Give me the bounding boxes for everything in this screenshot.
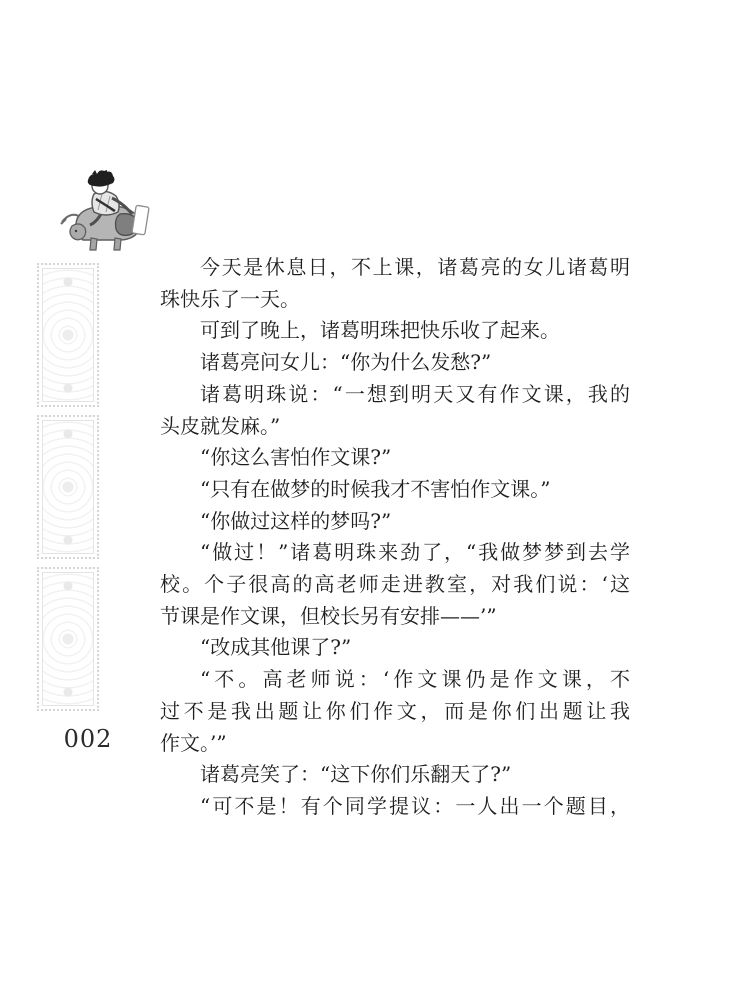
text-line: 诸葛明珠说：“一想到明天又有作文课，我的 [160, 379, 630, 411]
text-line: 珠快乐了一天。 [160, 284, 630, 316]
page-number: 002 [48, 725, 128, 753]
text-line: 诸葛亮笑了：“这下你们乐翻天了?” [160, 759, 630, 791]
text-line: 头皮就发麻。” [160, 411, 630, 443]
text-line: “不。高老师说：‘作文课仍是作文课，不 [160, 664, 630, 696]
book-page: 002 今天是休息日，不上课，诸葛亮的女儿诸葛明珠快乐了一天。可到了晚上，诸葛明… [0, 0, 750, 1000]
text-line: 校。个子很高的高老师走进教室，对我们说：‘这 [160, 569, 630, 601]
text-line: 诸葛亮问女儿：“你为什么发愁?” [160, 347, 630, 379]
ox-rider-illustration [58, 170, 154, 254]
ornamental-panel [37, 567, 99, 711]
text-line: “改成其他课了?” [160, 632, 630, 664]
text-line: 过不是我出题让你们作文，而是你们出题让我 [160, 696, 630, 728]
ornamental-panel [37, 415, 99, 559]
ornament-column [37, 263, 99, 711]
text-line: 可到了晚上，诸葛明珠把快乐收了起来。 [160, 315, 630, 347]
text-line: 作文。’” [160, 728, 630, 760]
text-line: 节课是作文课，但校长另有安排——’” [160, 601, 630, 633]
text-line: “只有在做梦的时候我才不害怕作文课。” [160, 474, 630, 506]
text-line: “你这么害怕作文课?” [160, 442, 630, 474]
text-line: 今天是休息日，不上课，诸葛亮的女儿诸葛明 [160, 252, 630, 284]
text-line: “可不是！有个同学提议：一人出一个题目， [160, 791, 630, 823]
text-block: 今天是休息日，不上课，诸葛亮的女儿诸葛明珠快乐了一天。可到了晚上，诸葛明珠把快乐… [160, 252, 630, 823]
ornamental-panel [37, 263, 99, 407]
text-line: “做过！”诸葛明珠来劲了，“我做梦梦到去学 [160, 537, 630, 569]
text-line: “你做过这样的梦吗?” [160, 506, 630, 538]
